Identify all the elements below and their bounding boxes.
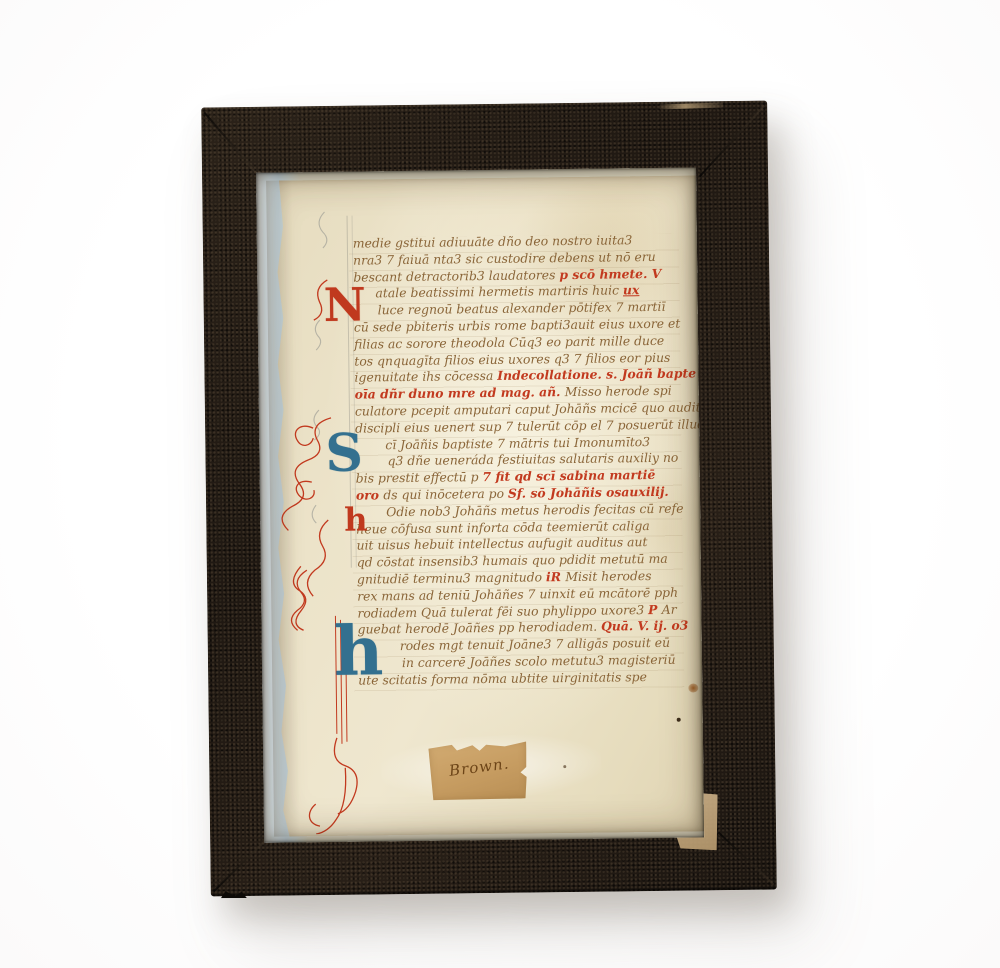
manuscript-text-segment: p scō hmete. V — [559, 265, 661, 281]
manuscript-text-segment: rex mans ad teniū Johāñes 7 uinxit eū mc… — [357, 584, 678, 603]
manuscript-text-segment: bescant detractorib3 laudatores — [353, 267, 559, 285]
manuscript-text-segment: ute scitatis forma nōma ubtite uirginita… — [358, 669, 647, 688]
manuscript-text-segment: qd cōstat insensib3 humais quo pdidit me… — [357, 551, 668, 570]
frame-corner-seam — [699, 105, 765, 177]
manuscript-text-segment: discipli eius uenert sup 7 tulerūt cōp e… — [355, 416, 704, 435]
manuscript-text-segment: Misit herodes — [565, 568, 651, 584]
manuscript-text-segment: Quā. V. ij. o3 — [601, 618, 688, 634]
manuscript-text-segment: rodes mgt tenuit Joāne3 7 alligās posuit… — [400, 635, 670, 653]
frame-corner-seam — [718, 832, 775, 886]
manuscript-text-segment: q3 dñe ueneráda festiuitas salutaris aux… — [387, 450, 678, 469]
framed-manuscript: medie gstitui adiuuāte dño deo nostro iu… — [201, 101, 777, 897]
frame-corner-seam — [204, 112, 262, 179]
manuscript-text-segment: culatore pcepit amputari caput Johāñs mc… — [355, 399, 704, 418]
photo-background: medie gstitui adiuuāte dño deo nostro iu… — [0, 0, 1000, 968]
frame-window: medie gstitui adiuuāte dño deo nostro iu… — [256, 167, 704, 842]
manuscript-text-segment: cū sede pbiteris urbis rome bapti3auit e… — [354, 316, 681, 335]
manuscript-text-segment: atale beatissimi hermetis martiris huic — [375, 283, 623, 301]
manuscript-text-segment: ux — [623, 283, 640, 298]
manuscript-text-segment: luce regnoū beatus alexander pōtifex 7 m… — [378, 299, 666, 318]
initial-letter-red-N: N — [323, 281, 366, 328]
manuscript-text-segment: medie gstitui adiuuāte dño deo nostro iu… — [353, 232, 633, 250]
manuscript-text-segment: ds qui inōcetera po — [383, 486, 508, 503]
collector-label-text: Brown. — [438, 753, 520, 781]
manuscript-text-segment: cī Joāñis baptiste 7 mātris tui Imonumīt… — [385, 434, 650, 452]
manuscript-text-segment: heue cōfusa sunt inforta cōda teemierūt … — [356, 518, 650, 537]
frame-corner-seam — [213, 837, 268, 892]
manuscript-text-segment: nra3 7 faiuā nta3 sic custodire debens u… — [353, 249, 656, 268]
manuscript-text-segment: Odie nob3 Johāñs metus herodis fecitas c… — [386, 500, 684, 519]
manuscript-text-segment: tos qnquagīta filios eius uxores q3 7 fi… — [354, 349, 670, 368]
manuscript-text-segment: gnitudiē terminu3 magnitudo — [357, 569, 546, 586]
manuscript-text-segment: Misso herode spi — [565, 383, 672, 399]
manuscript-text-segment: bis prestit effectū p — [356, 469, 483, 486]
initial-letter-blue-h: h — [333, 617, 383, 686]
manuscript-text-segment: Ar — [662, 601, 677, 616]
manuscript-text-segment: iR — [546, 569, 566, 584]
manuscript-text-segment: P — [648, 601, 662, 616]
initial-letter-red-h: h — [344, 503, 368, 535]
manuscript-text-segment: guebat herodē Joāñes pp herodiadem. — [357, 619, 601, 637]
manuscript-text-segment: rodiadem Quā tulerat fēi suo phylippo ux… — [357, 602, 648, 621]
manuscript-text-segment: uit uisus hebuit intellectus aufugit aud… — [356, 534, 647, 553]
manuscript-text-segment: Indecollatione. s. Joāñ bapte — [497, 366, 696, 383]
frame-wear-patch — [659, 103, 723, 110]
initial-letter-blue-S: S — [325, 428, 363, 480]
manuscript-text-segment: oīa dñr duno mre ad mag. añ. — [355, 384, 565, 402]
manuscript-text-segment: filias ac sorore theodola Cūq3 eo parit … — [354, 333, 664, 352]
manuscript-text-segment: igenuitate ihs cōcessa — [354, 368, 497, 385]
manuscript-text-segment: in carcerē Joāñes scolo metutu3 magister… — [402, 652, 676, 670]
manuscript-text-segment: Sf. sō Johāñis osauxilij. — [508, 484, 669, 501]
manuscript-textblock: medie gstitui adiuuāte dño deo nostro iu… — [353, 232, 691, 690]
manuscript-text-segment: 7 fit qd scī sabina martiē — [482, 467, 655, 484]
frame-wear-patch — [221, 891, 247, 898]
